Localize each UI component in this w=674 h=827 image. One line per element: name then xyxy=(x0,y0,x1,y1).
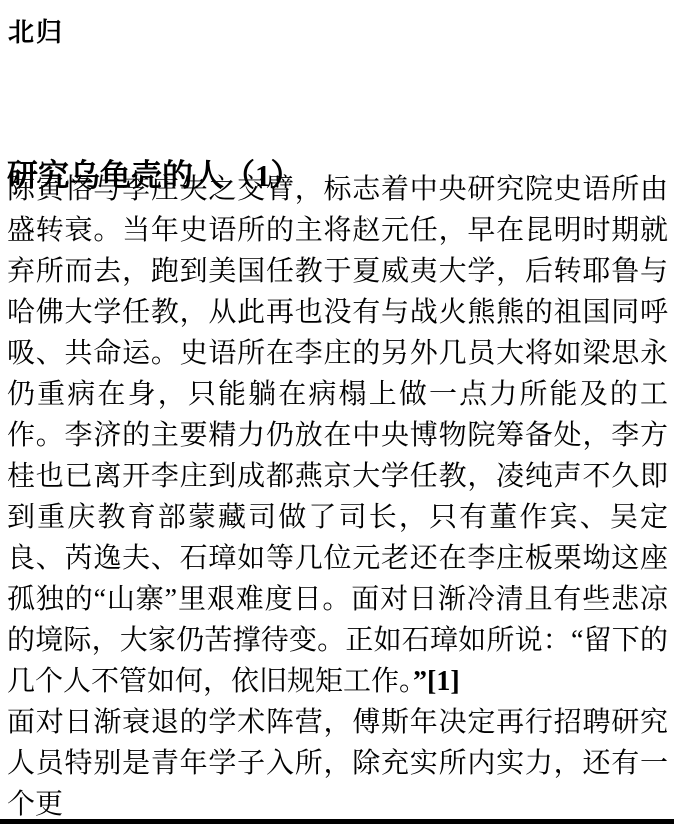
book-title: 北归 xyxy=(8,12,64,49)
page-bottom-divider xyxy=(0,819,674,824)
paragraph: 面对日渐衰退的学术阵营，傅斯年决定再行招聘研究人员特别是青年学子入所，除充实所内… xyxy=(7,702,668,825)
paragraph-text: 陈寅恪与李庄失之交臂，标志着中央研究院史语所由盛转衰。当年史语所的主将赵元任，早… xyxy=(7,174,668,697)
paragraph: 陈寅恪与李庄失之交臂，标志着中央研究院史语所由盛转衰。当年史语所的主将赵元任，早… xyxy=(7,169,668,702)
paragraph-text: 面对日渐衰退的学术阵营，傅斯年决定再行招聘研究人员特别是青年学子入所，除充实所内… xyxy=(7,707,668,820)
footnote-ref-1[interactable]: ”[1] xyxy=(413,666,460,697)
body-text: 陈寅恪与李庄失之交臂，标志着中央研究院史语所由盛转衰。当年史语所的主将赵元任，早… xyxy=(7,169,668,825)
